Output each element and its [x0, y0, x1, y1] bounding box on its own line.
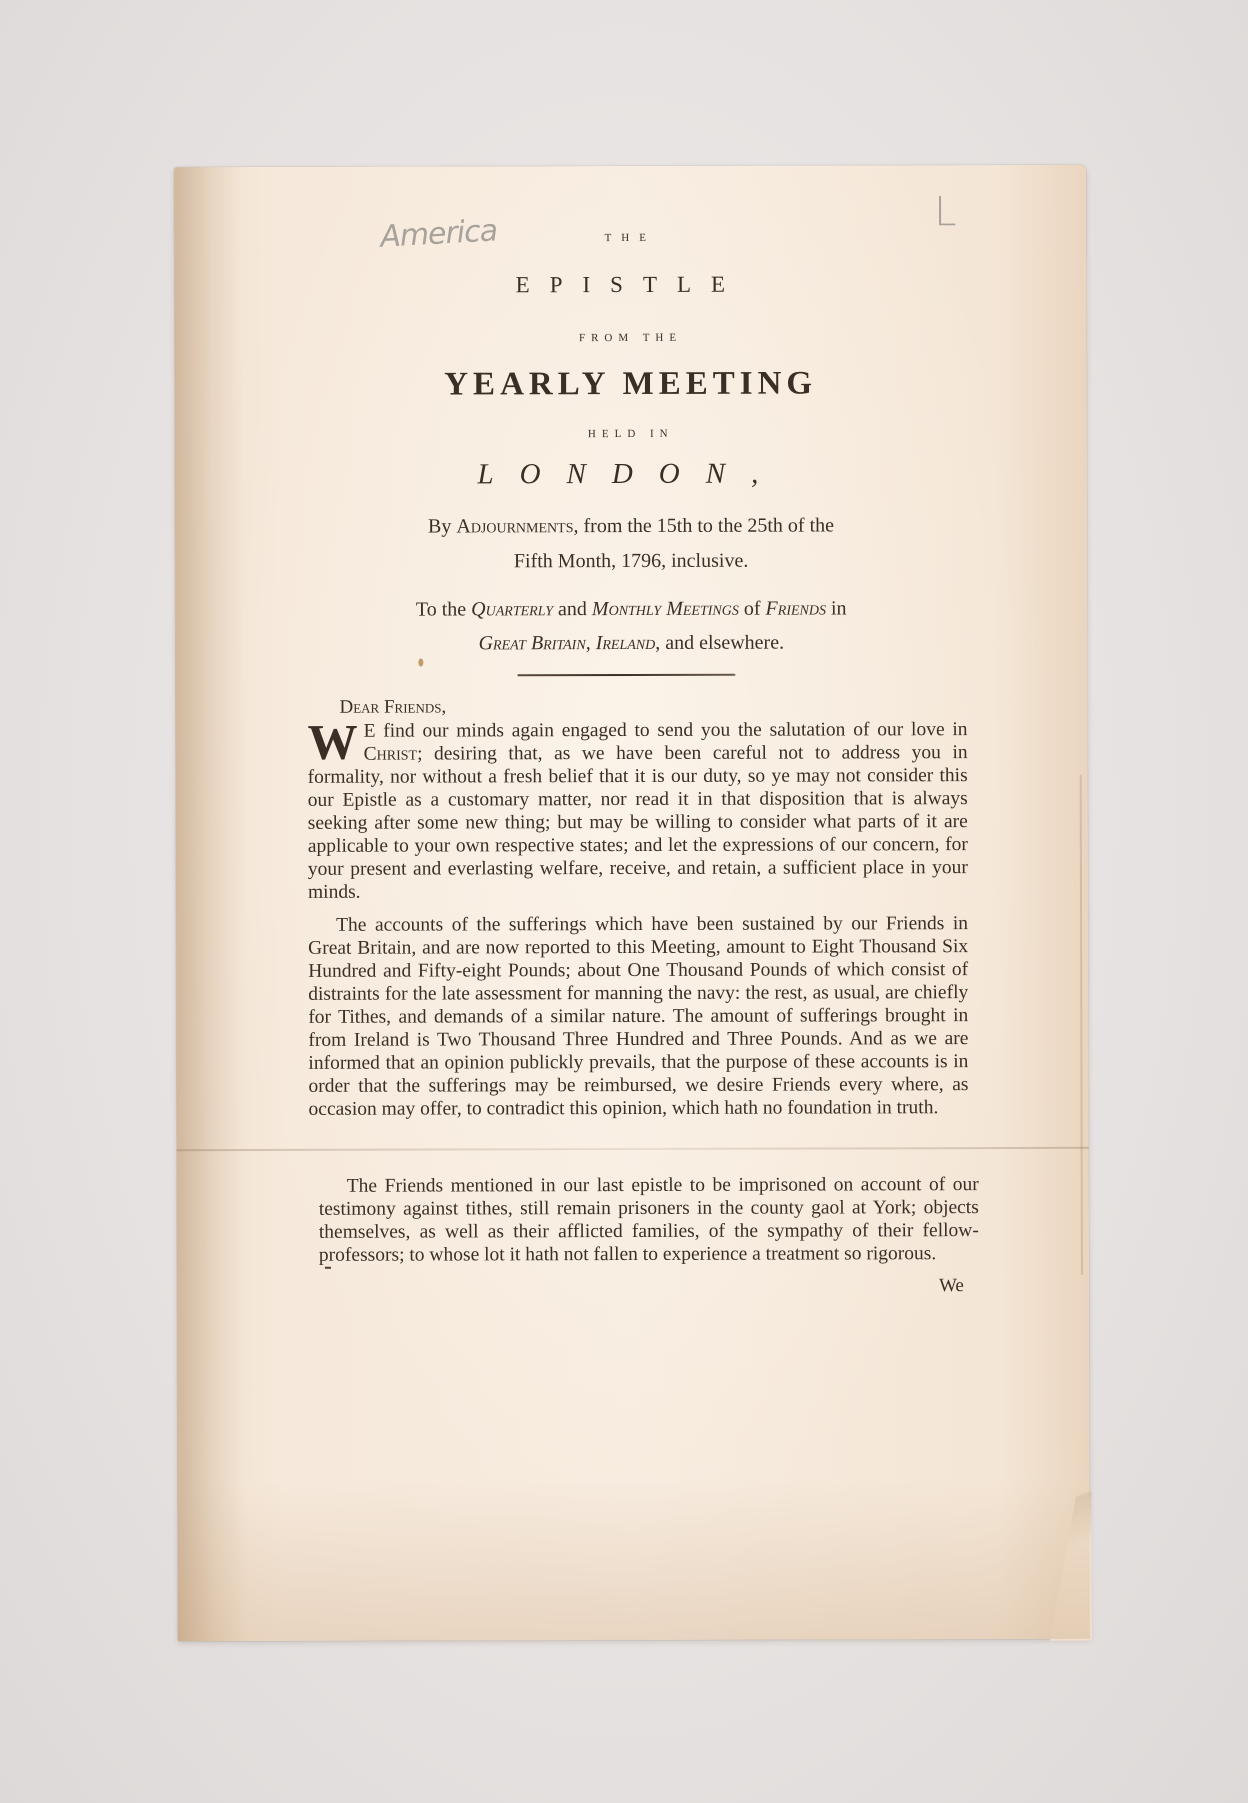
- paragraph-3: The Friends mentioned in our last epistl…: [319, 1173, 979, 1267]
- paragraph-1-text-a: find our minds again engaged to send you…: [375, 719, 967, 742]
- paragraph-1-text-b: ; desiring that, as we have been careful…: [308, 742, 968, 903]
- title-epistle: EPISTLE: [174, 271, 1086, 299]
- title-from-the: FROM THE: [175, 331, 1087, 345]
- address-comma: ,: [586, 632, 596, 654]
- catchword: We: [939, 1275, 964, 1297]
- printer-mark: [325, 1267, 331, 1269]
- address-line-1: To the Quarterly and Monthly Meetings of…: [175, 597, 1087, 622]
- paragraph-1-christ: Christ: [364, 744, 418, 765]
- paragraph-2-text: The accounts of the sufferings which hav…: [308, 912, 969, 1121]
- document-page: America L THE EPISTLE FROM THE YEARLY ME…: [174, 165, 1090, 1641]
- address-elsewhere: , and elsewhere.: [655, 632, 784, 654]
- fold-crease-horizontal: [177, 1147, 1089, 1151]
- title-london: LONDON,: [175, 457, 1087, 492]
- address-monthly-meetings: Monthly Meetings: [592, 598, 739, 620]
- paragraph-1-lead: E: [364, 721, 376, 742]
- address-great-britain: Great Britain: [479, 632, 586, 654]
- drop-cap: W: [308, 722, 358, 762]
- title-the: THE: [174, 231, 1086, 245]
- dates-suffix: , from the 15th to the 25th of the: [573, 514, 834, 537]
- title-yearly-meeting: YEARLY MEETING: [175, 365, 1087, 404]
- address-in: in: [826, 597, 847, 619]
- address-to-the: To the: [416, 598, 471, 620]
- dates-line-1: By Adjournments, from the 15th to the 25…: [175, 514, 1087, 539]
- fold-crease-vertical: [1080, 775, 1083, 1275]
- ornamental-rule: [517, 674, 735, 677]
- pencil-annotation-mark: L: [934, 189, 956, 235]
- dates-prefix: By: [428, 515, 456, 537]
- address-and: and: [553, 598, 592, 620]
- address-quarterly: Quarterly: [471, 598, 553, 620]
- title-held-in: HELD IN: [175, 427, 1087, 441]
- address-ireland: Ireland: [596, 632, 656, 654]
- paragraph-3-text: The Friends mentioned in our last epistl…: [319, 1173, 979, 1267]
- foxing-spot: [418, 659, 423, 667]
- dog-eared-corner: [1031, 1411, 1092, 1641]
- address-friends: Friends: [766, 597, 826, 619]
- address-line-2: Great Britain, Ireland, and elsewhere.: [175, 631, 1087, 656]
- address-of: of: [739, 598, 766, 620]
- paragraph-2: The accounts of the sufferings which hav…: [308, 912, 969, 1121]
- paragraph-1: WE find our minds again engaged to send …: [308, 718, 968, 904]
- dates-line-2: Fifth Month, 1796, inclusive.: [175, 549, 1087, 574]
- dates-adjournments: Adjournments: [456, 515, 573, 537]
